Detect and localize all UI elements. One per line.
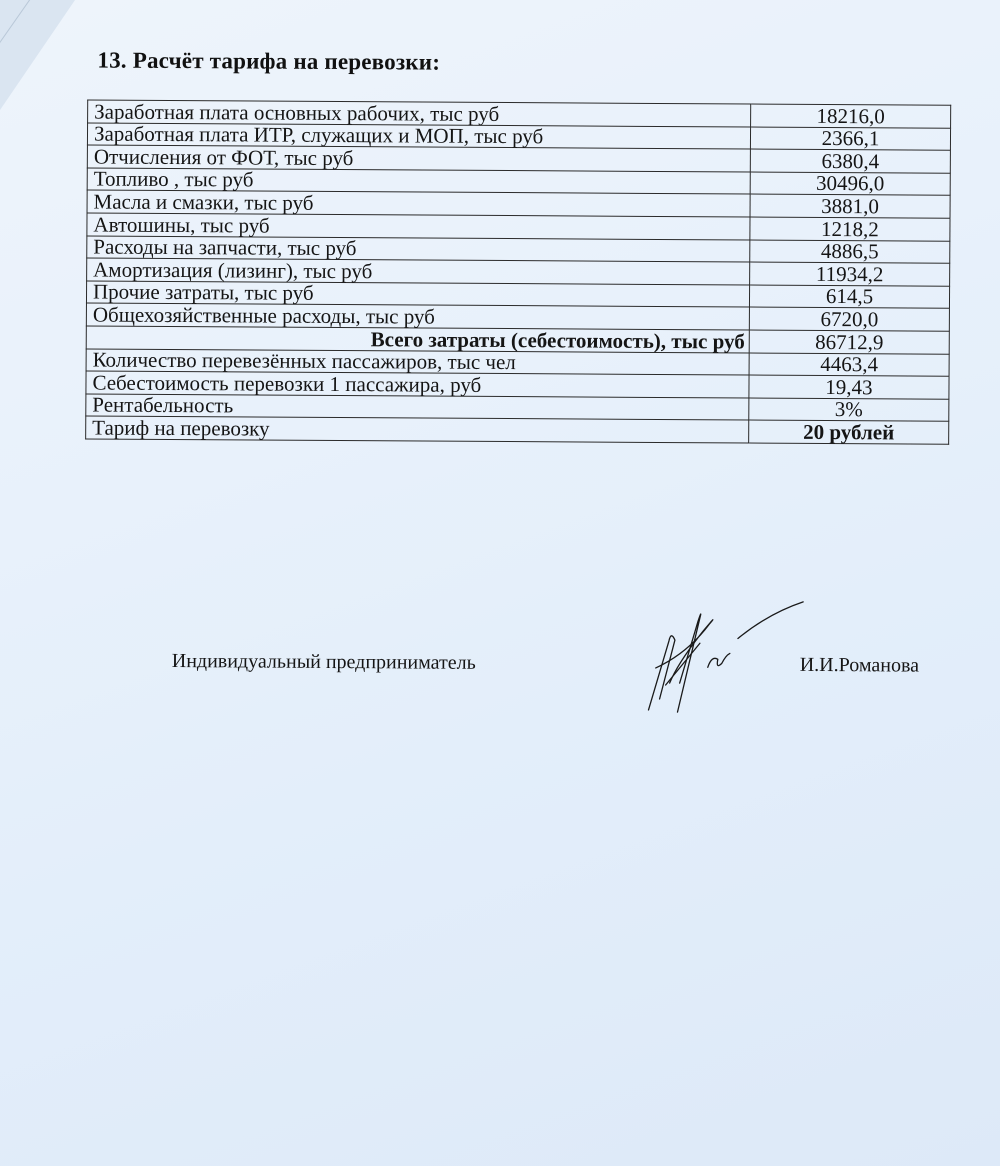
signature-block: Индивидуальный предприниматель И.И.Роман…	[0, 649, 998, 655]
row-value: 3%	[749, 398, 949, 422]
tariff-label: Тариф на перевозку	[86, 416, 749, 443]
row-value: 30496,0	[750, 172, 950, 196]
row-value: 4463,4	[749, 353, 949, 377]
section-heading: 13. Расчёт тарифа на перевозки:	[97, 48, 440, 76]
row-value: 3881,0	[750, 194, 950, 218]
table-row: Общехозяйственные расходы, тыс руб 6720,…	[86, 303, 949, 331]
signer-title: Индивидуальный предприниматель	[172, 650, 476, 675]
row-value: 1218,2	[750, 217, 950, 241]
tariff-calculation-table: Заработная плата основных рабочих, тыс р…	[85, 99, 951, 444]
row-value: 18216,0	[751, 104, 951, 128]
row-value: 19,43	[749, 375, 949, 399]
row-value: 11934,2	[750, 262, 950, 286]
row-value: 2366,1	[750, 127, 950, 151]
total-costs-value: 86712,9	[749, 330, 949, 354]
row-label: Общехозяйственные расходы, тыс руб	[86, 303, 749, 330]
tariff-value: 20 рублей	[749, 420, 949, 444]
handwritten-signature-icon	[637, 593, 818, 724]
row-value: 6720,0	[749, 307, 949, 331]
row-value: 614,5	[749, 285, 949, 309]
document-page: 13. Расчёт тарифа на перевозки: Заработн…	[0, 0, 1000, 1166]
tariff-row: Тариф на перевозку 20 рублей	[86, 416, 949, 444]
row-value: 6380,4	[750, 149, 950, 173]
row-value: 4886,5	[750, 240, 950, 264]
